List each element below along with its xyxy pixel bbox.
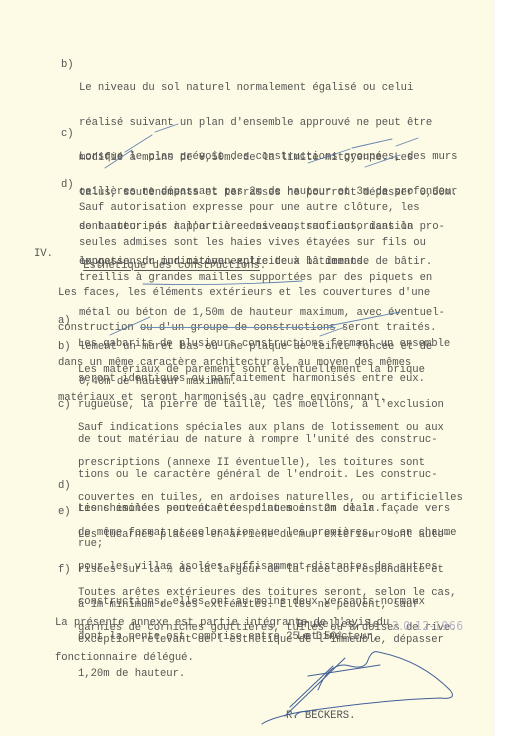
text-line: fonctionnaire délégué. xyxy=(55,653,389,665)
date-stamp: 2.0-12-1966 xyxy=(392,619,464,633)
text-line: Le niveau du sol naturel normalement éga… xyxy=(79,83,457,95)
text-line: Les faces, les éléments extérieurs et le… xyxy=(58,288,436,300)
section-item-c: c) Sauf indications spéciales aux plans … xyxy=(58,400,83,446)
text-line: Les lucarnes placées en arrière du mur e… xyxy=(78,530,450,542)
text-line: Lorsque le plan prévoit des construction… xyxy=(79,152,457,164)
paragraph-label: d) xyxy=(61,180,74,192)
text-line: réalisé suivant un plan d'ensemble appro… xyxy=(79,118,457,130)
paragraph-label: b) xyxy=(61,60,74,72)
text-line: Les matériaux de parement sont éventuell… xyxy=(78,365,444,377)
text-line: prescriptions (annexe II éventuelle), le… xyxy=(78,458,463,470)
signature-role: Le Directeur, xyxy=(297,632,379,644)
text-line: Sauf autorisation expresse pour une autr… xyxy=(79,203,445,215)
section-item-e: e) Les lucarnes placées en arrière du mu… xyxy=(58,507,83,553)
paragraph-label: c) xyxy=(61,129,74,141)
item-label: f) xyxy=(58,565,71,577)
paragraph-c: c) Lorsque le plan prévoit des construct… xyxy=(61,129,86,175)
paragraph-b: b) Le niveau du sol naturel normalement … xyxy=(61,60,86,106)
item-label: d) xyxy=(58,481,71,493)
item-label: a) xyxy=(58,316,71,328)
section-item-b: b) Les matériaux de parement sont éventu… xyxy=(58,342,83,388)
text-line: Sauf indications spéciales aux plans de … xyxy=(78,423,463,435)
signature-place: Bruxelles, le xyxy=(297,620,379,632)
document-page: b) Le niveau du sol naturel normalement … xyxy=(0,0,493,736)
signatory-name: R. BECKERS. xyxy=(286,711,355,723)
item-label: b) xyxy=(58,342,71,354)
text-line: seules admises sont les haies vives étay… xyxy=(79,238,445,250)
paragraph-d: d) Sauf autorisation expresse pour une a… xyxy=(61,180,86,226)
item-label: e) xyxy=(58,507,71,519)
item-label: c) xyxy=(58,400,71,412)
section-number: IV. xyxy=(34,249,53,261)
